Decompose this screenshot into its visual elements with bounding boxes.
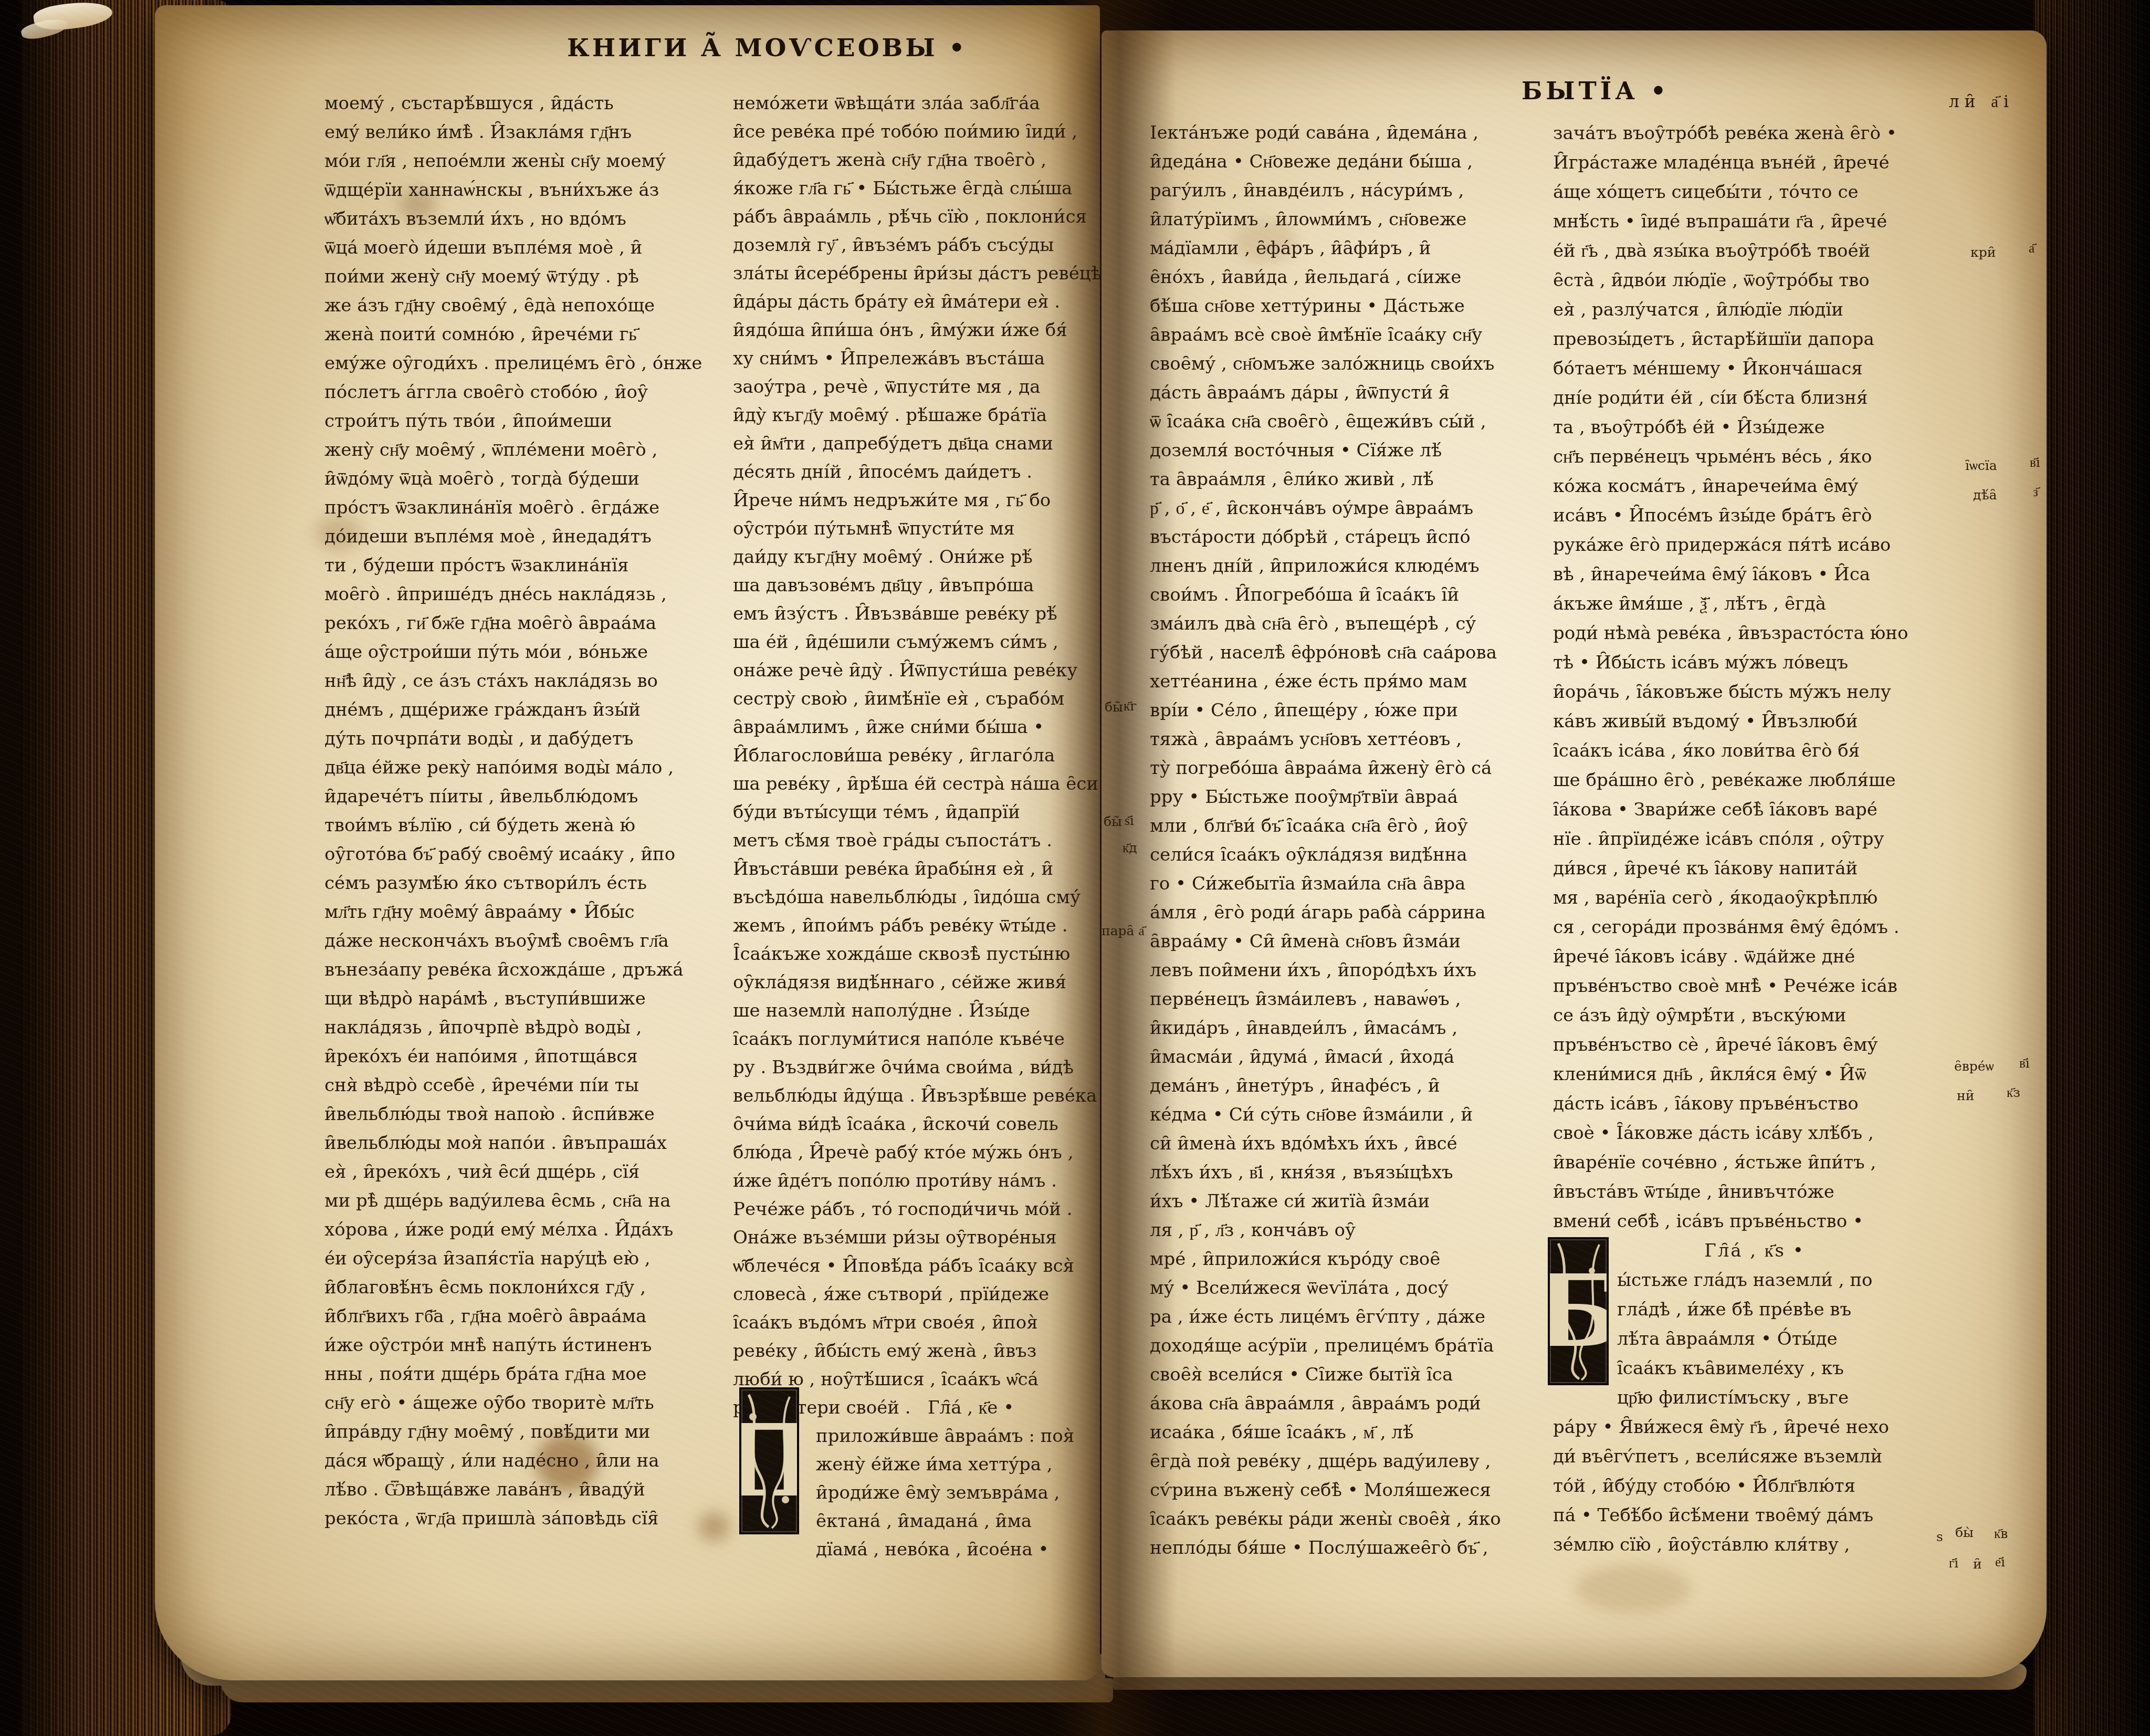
margin-note: в҃і bbox=[2030, 455, 2040, 470]
margin-note: бы̃ bbox=[1104, 814, 1122, 829]
text-line: да́сть іса́въ , і̑а́кову пръве́нъство bbox=[1553, 1089, 1956, 1118]
text-line: даи́ду къгд҃ну мое̑му́ . Они́же рѣ́ bbox=[733, 543, 1131, 571]
text-line: заоу́тра , речѐ , ѿпусти́те мя , да bbox=[733, 373, 1131, 401]
text-line: мли , блг҃ви́ бъ҃ і̑саа́ка сн҃а е̑го̀ , … bbox=[1150, 812, 1548, 841]
text-line: немо́жети ѿвѣща́ти зла́а забл҃га́а bbox=[733, 89, 1131, 118]
text-line: гла́дѣ , и́же бѣ̀ пре́вѣе въ bbox=[1553, 1295, 1956, 1324]
text-line: и̑рече́ і̑а́ковъ іса́ву . ѿда́йже дне́ bbox=[1553, 942, 1956, 971]
paper-stain bbox=[1575, 1565, 1691, 1612]
drop-cap-letter: Б bbox=[1548, 1261, 1609, 1361]
text-line: ту̀ погребо́ша а̑враа́ма и̑жену̀ е̑го̀ с… bbox=[1150, 754, 1548, 783]
drop-cap-initial-b: Б bbox=[1548, 1237, 1609, 1385]
text-line: она́же речѐ и̑ду̀ . И̑ѿпусти́ша реве́ку bbox=[733, 656, 1131, 685]
text-line: же а́зъ гд҃ну свое̑му́ , е̑да̀ непохо́ще bbox=[324, 291, 722, 320]
text-line: жену̀ сн҃у мое̑му́ , ѿпле́мени мое̑го̀ , bbox=[324, 436, 722, 465]
text-line: хо́рова , и́же роди́ ему́ ме́лха . И̑да́… bbox=[324, 1216, 722, 1245]
margin-note: ни̑ bbox=[1957, 1088, 1974, 1103]
text-column-left-2: немо́жети ѿвѣща́ти зла́а забл҃га́аи̑се р… bbox=[733, 89, 1131, 1539]
text-line: ему́же оу̑годи́хъ . прелице́мъ е̑го̀ , о… bbox=[324, 349, 722, 378]
text-line: се а́зъ и̑ду̀ оу̑мрѣ́ти , въску́юми bbox=[1553, 1001, 1956, 1030]
text-line: нн҃ѣ и̑ду̀ , се а́зъ ста́хъ накла́дязь в… bbox=[324, 667, 722, 696]
photo-of-open-book: КНИГИ А̃ МОѴСЕОВЫ • БЫТЇА • ли̑ а҃і моем… bbox=[0, 0, 2150, 1736]
text-line: ру . Въздви́гже о̑чи́ма свои́ма , ви́дѣ bbox=[733, 1053, 1131, 1082]
text-line: ке́дма • Си́ су́ть сн҃ове и̑зма́или , и̑ bbox=[1150, 1101, 1548, 1130]
text-line: я́коже гл҃а гь҃ • Бы́стьже е̑гда̀ слы́ша bbox=[733, 174, 1131, 203]
margin-note: дѣ́а̑ bbox=[1973, 487, 1997, 503]
text-line: роди́ нѣма̀ реве́ка , и̑възрасто́ста ю́н… bbox=[1553, 619, 1956, 648]
text-line: И̑рече ни́мъ недръжи́те мя , гь҃ бо bbox=[733, 486, 1131, 515]
text-line: оу̑кла́дязя видѣ́ннаго , се́йже живя́ bbox=[733, 968, 1131, 997]
page-edges-right bbox=[2033, 0, 2150, 1736]
margin-note: ѕ҃і bbox=[1125, 813, 1134, 829]
text-column-left-1: моему́ , състарѣ́вшуся , и̑да́стьему́ ве… bbox=[324, 89, 722, 1539]
text-line: та а̑враа́мля , е̑ли́ко живѝ , лѣ́ bbox=[1150, 465, 1548, 494]
folio-number: ли̑ а҃і bbox=[1949, 92, 2014, 111]
margin-note: бы̀ bbox=[1955, 1525, 1974, 1540]
text-line: мнѣ́сть • і̑иде́ въпраша́ти г҃а , и̑рече… bbox=[1553, 207, 1956, 236]
margin-note: е̑вре́ѡ bbox=[1954, 1059, 1994, 1074]
under-page-edge bbox=[221, 1678, 1113, 1702]
margin-note: к҃з bbox=[2007, 1085, 2020, 1101]
text-line: доземля́ восто́чныя • Сїя́же лѣ́ bbox=[1150, 436, 1548, 465]
text-line: дне́мъ , дще́риже гра́жданъ и̑зы́й bbox=[324, 696, 722, 725]
text-line: строи́тъ пу́ть тво́и , и̑пои́меши bbox=[324, 407, 722, 436]
margin-note: к҃г bbox=[1124, 698, 1137, 714]
text-line: го • Си́жебытїа и̑змаи́ла сн҃а а̑вра bbox=[1150, 870, 1548, 898]
drop-cap-initial-p: П bbox=[739, 1387, 799, 1534]
text-line: оу̑стро́и пу́тьмнѣ̀ ѿпусти́те мя bbox=[733, 515, 1131, 543]
text-line: до́идеши въпле́мя моѐ , и̑недадя́тъ bbox=[324, 522, 722, 551]
running-head-right: БЫТЇА • bbox=[1522, 77, 1670, 105]
text-line: и̑да́ры да́сть бра́ту ея̀ и̑ма́тери ея̀ … bbox=[733, 288, 1131, 316]
text-line: лненъ дні́й , и̑приложи́ся клюде́мъ bbox=[1150, 552, 1548, 581]
text-line: щи вѣдро̀ нара́мѣ , въступи́вшиже bbox=[324, 985, 722, 1013]
text-line: а́мля , е̑го̀ роди́ а́гарь раба̀ са́ррин… bbox=[1150, 898, 1548, 927]
text-line: и̑варе́нїе соче́вно , я́стьже и̑пи́тъ , bbox=[1553, 1148, 1956, 1177]
text-line: и́хъ • Лѣ́таже си́ житїа̀ и̑зма́и bbox=[1150, 1187, 1548, 1216]
text-line: и̑пра́вду гд҃ну мое̑му́ , повѣ́дити ми bbox=[324, 1418, 722, 1447]
text-line: ся , сегора́ди прозва́нмя е̑му́ е̑до́мъ … bbox=[1553, 913, 1956, 942]
text-line: мо́и гл҃я , непое́мли жены̀ сн҃у моему́ bbox=[324, 147, 722, 176]
text-line: и̑въста́въ ѿты́де , и̑нивъчто́же bbox=[1553, 1177, 1956, 1207]
text-line: ти , бу́деши про́стъ ѿзаклина́нїя bbox=[324, 551, 722, 580]
text-line: и̑деда́на • Сн҃овеже деда́ни бы́ша , bbox=[1150, 148, 1548, 176]
text-line: ея̀ , и̑реко́хъ , чия̀ е̑си́ дще́рь , сї… bbox=[324, 1158, 722, 1187]
text-line: въста́рости до́брѣй , ста́рецъ и̑спо́ bbox=[1150, 523, 1548, 552]
text-line: и̑блг҃вихъ гб҃а , гд҃на мое̑го̀ а̑враа́м… bbox=[324, 1302, 722, 1331]
text-line: е̑ста̀ , и̑дво́и лю́дїе , ѿоу̑тро́бы тво bbox=[1553, 266, 1956, 295]
text-line: накла́дязь , и̑почрпѐ вѣдро̀ воды̀ , bbox=[324, 1013, 722, 1042]
text-line: доходя́ще асу́рїи , прелице́мъ бра́тїа bbox=[1150, 1332, 1548, 1361]
text-line: вънеза́апу реве́ка и̑схожда́ше , дръжа́ bbox=[324, 956, 722, 985]
text-line: а́ще хо́щетъ сицебы́ти , то́что се bbox=[1553, 177, 1956, 207]
text-line: дні́е роди́ти е́й , сі́и бѣ́ста близня́ bbox=[1553, 383, 1956, 413]
text-line: І̑саа́къже хожда́ше сквозѣ̀ пусты́ню bbox=[733, 940, 1131, 968]
text-line: і̑саа́къ къа̑вимеле́ху , къ bbox=[1553, 1354, 1956, 1383]
text-line: ху сни́мъ • И̑прележа́въ въста́ша bbox=[733, 344, 1131, 373]
text-line: рру • Бы́стьже пооу̑мр҃твїи а̑враа́ bbox=[1150, 783, 1548, 812]
text-line: Гл̑а́ , к҃ѕ • bbox=[1553, 1236, 1956, 1266]
text-line: і̑саа́къ поглуми́тися напо́ле къве́че bbox=[733, 1025, 1131, 1053]
text-line: ея̀ , разлу́чатся , и̑лю́дїе лю́дїи bbox=[1553, 295, 1956, 325]
margin-note: пара̑ а҃ bbox=[1102, 923, 1145, 939]
text-line: непло́ды бя́ше • Послу́шажее̑го̀ бъ҃ , bbox=[1150, 1534, 1548, 1563]
text-line: реко́хъ , ги҃ бж҃е гд҃на мое̑го̀ а̑враа́… bbox=[324, 609, 722, 638]
text-line: р҃ , о҃ , е҃ , и̑сконча́въ оу́мре а̑враа… bbox=[1150, 494, 1548, 523]
text-line: ѿца́ моего̀ и́деши въпле́мя моѐ , и̑ bbox=[324, 234, 722, 263]
text-line: твои́мъ въ́лїю , си́ бу́деть жена̀ ю́ bbox=[324, 811, 722, 840]
text-line: а̑враа́млимъ , и̑же сни́ми бы́ша • bbox=[733, 713, 1131, 741]
text-line: ду́ть почрпа́ти воды̀ , и дабу́детъ bbox=[324, 725, 722, 754]
text-line: врі́и • Се́ло , и̑пеще́ру , ю́же при bbox=[1150, 696, 1548, 725]
text-line: дв҃ца е́йже реку̀ напо́имя воды̀ ма́ло , bbox=[324, 754, 722, 782]
text-line: ша е́й , и̑де́шили съму́жемъ си́мъ , bbox=[733, 628, 1131, 656]
text-line: ра́бъ а̑враа́мль , рѣ́чь сїю̀ , поклони́… bbox=[733, 203, 1131, 231]
text-line: сн҃ъ перве́нецъ чрьме́нъ ве́сь , я́ко bbox=[1553, 442, 1956, 472]
text-line: і̑а́кова • Звари́же себѣ̀ і̑а́ковъ варе́ bbox=[1553, 795, 1956, 824]
text-line: и̑дарече́тъ пі́иты , и̑вельблю́домъ bbox=[324, 782, 722, 811]
text-line: левъ пои̑мени и́хъ , и̑поро́дѣхъ и́хъ bbox=[1150, 956, 1548, 985]
text-line: нїе . и̑прїиде́же іса́въ спо́ля , оу̑тру bbox=[1553, 824, 1956, 854]
text-line: ра́ру • Я̑ви́жеся е̑му̀ г҃ь , и̑рече́ не… bbox=[1553, 1413, 1956, 1442]
text-line: ша давъзове́мъ дв҃цу , и̑въпро́ша bbox=[733, 571, 1131, 600]
text-line: ша реве́ку , и̑рѣ́ша е́й сестра̀ на́ша е… bbox=[733, 770, 1131, 798]
text-line: и̑реко́хъ е́и напо́имя , и̑потща́вся bbox=[324, 1042, 722, 1071]
text-line: і̑саа́къ реве́кы ра́ди жены̀ свое̑я̀ , я… bbox=[1150, 1505, 1548, 1534]
text-line: а̑враа́му • Си̑ и̑мена̀ сн҃овъ и̑зма́и bbox=[1150, 927, 1548, 956]
text-line: исаа́ка , бя́ше і̑саа́къ , м҃ , лѣ́ bbox=[1150, 1418, 1548, 1447]
text-line: ѿдще́рїи ханнаѡ́нскы , въни́хъже а́з bbox=[324, 176, 722, 205]
text-line: ѡ̑блече́ся • И̑повѣ́да ра́бъ і̑саа́ку вс… bbox=[733, 1252, 1131, 1280]
text-line: е̑гда̀ поя̀ реве́ку , дще́рь ваду́илеву … bbox=[1150, 1447, 1548, 1476]
margin-note: и̑ bbox=[1973, 1556, 1982, 1572]
text-line: да́ся ѡ̑бращу̀ , и́ли наде́сно , и̑ли на bbox=[324, 1447, 722, 1476]
margin-note: бы̃ bbox=[1105, 699, 1123, 715]
text-line: и̑ядо́ша и̑пи́ша о́нъ , и̑му́жи и́же бя́ bbox=[733, 316, 1131, 344]
margin-note: кри̑ bbox=[1970, 245, 1996, 260]
margin-note: в҃і bbox=[2019, 1055, 2030, 1071]
text-line: де́сять дні́й , и̑посе́мъ даи́детъ . bbox=[733, 458, 1131, 486]
text-line: сн҃у его̀ • а́щеже оу̑бо творитѐ мл҃ть bbox=[324, 1389, 722, 1418]
text-line: И̑въста́вши реве́ка и̑рабы́ня ея̀ , и̑ bbox=[733, 855, 1131, 883]
text-line: И̑благослови́ша реве́ку , и̑глаго́ла bbox=[733, 741, 1131, 770]
text-line: ра , и́же е́сть лице́мъ е̑гѵ́пту , да́же bbox=[1150, 1303, 1548, 1332]
text-line: ы́стьже гла́дъ наземли́ , по bbox=[1553, 1266, 1956, 1295]
text-line: мл҃ть гд҃ну мое̑му́ а̑враа́му • И̑бы́с bbox=[324, 898, 722, 927]
text-line: реко́ста , ѿгд҃а пришла̀ за́повѣдь сїя̑ bbox=[324, 1504, 722, 1533]
text-line: и̑се реве́ка пре́ тобо́ю пои́мию і̑иди́ … bbox=[733, 118, 1131, 146]
text-line: лѣ́хъ и́хъ , в҃і , кня́зя , въязы́цѣхъ bbox=[1150, 1158, 1548, 1187]
text-line: ея̀ и̑м҃ти , дапребу́детъ дв҃ца снами bbox=[733, 430, 1131, 458]
text-line: и̑вельблю́ды твоя̀ напою̀ . и̑спи́вже bbox=[324, 1100, 722, 1129]
text-line: и̑ѿдо́му ѿца̀ мое̑го̀ , тогда̀ бу́деши bbox=[324, 465, 722, 494]
text-line: цр҃ю филисті́мъску , въге bbox=[1553, 1383, 1956, 1413]
text-line: пръве́нъство сѐ , и̑рече́ і̑а́ковъ е̑му́ bbox=[1553, 1030, 1956, 1060]
text-line: а́ще оу̑строи́ши пу́ть мо́и , во́ньже bbox=[324, 638, 722, 667]
text-line: вмени́ себѣ̀ , іса́въ пръве́ньство • bbox=[1553, 1207, 1956, 1236]
text-line: и́же и̑де́тъ попо́лю проти́ву на́мъ . bbox=[733, 1167, 1131, 1195]
text-line: и̑дабу́детъ жена̀ сн҃у гд҃на твое̑го̀ , bbox=[733, 146, 1131, 174]
text-line: мое̑го̀ . и̑прише́дъ дне́сь накла́дязь , bbox=[324, 580, 722, 609]
text-line: і̑саа́къ іса́ва , я́ко лови́тва е̑го̀ бя… bbox=[1553, 736, 1956, 766]
text-line: свои́мъ . И̑погребо́ша и̑ і̑саа́къ і̑и̑ bbox=[1150, 581, 1548, 610]
text-line: гу́бѣй , населѣ̀ е̑фро́новѣ сн҃а саа́ров… bbox=[1150, 639, 1548, 667]
text-line: тѣ • И̑бы́сть іса́въ му́жъ ло́вецъ bbox=[1553, 648, 1956, 677]
text-line: дема́нъ , и̑нету́ръ , и̑нафе́съ , и̑ bbox=[1150, 1072, 1548, 1101]
text-line: и̑благовѣ́нъ е̑смь поклони́хся гд҃у , bbox=[324, 1273, 722, 1302]
text-line: ди́вся , и̑рече́ къ і̑а́кову напита́й bbox=[1553, 854, 1956, 883]
margin-note: е҃і bbox=[1995, 1554, 2005, 1570]
text-line: бу́ди въты́сущи те́мъ , и̑дапрїи́ bbox=[733, 798, 1131, 827]
text-line: свое̑я̀ всели́ся • Сі̑иже бытїя̀ і̑са bbox=[1150, 1361, 1548, 1389]
text-line: е́и оу̑серя́за и̑запя́стїа нару́цѣ ею̀ , bbox=[324, 1245, 722, 1273]
text-line: доземля̀ гу҃ , и̑възе́мъ ра́бъ съсу́ды bbox=[733, 231, 1131, 259]
text-line: мя , варе́нїа сего̀ , я́кодаоу̑крѣплю́ bbox=[1553, 883, 1956, 913]
text-line: по́слетъ а́ггла свое̑го̀ стобо́ю , и̑оу̑ bbox=[324, 378, 722, 407]
text-line: вѣ , и̑наречеи́ма е̑му́ і̑а́ковъ • И̑са bbox=[1553, 560, 1956, 589]
margin-note: і̑ѡсїа bbox=[1965, 458, 1997, 474]
text-line: ко́жа косма́тъ , и̑наречеи́ма е̑му́ bbox=[1553, 472, 1956, 501]
text-line: ѿ і̑саа́ка сн҃а свое̑го̀ , е̑щежи́въ сы́… bbox=[1150, 407, 1548, 436]
text-line: рука́же е̑го̀ придержа́ся пя́тѣ иса́во bbox=[1553, 530, 1956, 560]
margin-note: ѕ bbox=[1936, 1529, 1943, 1544]
text-line: сели́ся і̑саа́къ оу̑кла́дязя видѣ́нна bbox=[1150, 841, 1548, 870]
text-line: ди́ въе̑гѵ́петъ , всели́сяже въземлѝ bbox=[1553, 1442, 1956, 1471]
text-line: лѣ́во . Ѿвѣща́вже лава́нъ , и̑ваду́й bbox=[324, 1476, 722, 1504]
text-line: та , въоу̑тро́бѣ е́й • И̑зы́деже bbox=[1553, 413, 1956, 442]
text-line: ѡ̑бита́хъ въземли́ и́хъ , но вдо́мъ bbox=[324, 205, 722, 234]
text-line: емъ и̑зу́стъ . И̑възва́вше реве́ку рѣ́ bbox=[733, 600, 1131, 628]
text-line: хетте́анина , е́же е́сть пря́мо мам bbox=[1150, 667, 1548, 696]
text-line: да́же несконча́хъ въоу̑мѣ̀ свое̑мъ гл҃а bbox=[324, 927, 722, 956]
margin-note: к҃в bbox=[1994, 1526, 2008, 1542]
text-line: зача́тъ въоу̑тро́бѣ реве́ка жена̀ е̑го̀ … bbox=[1553, 119, 1956, 148]
text-line: оу̑гото́ва бъ҃ рабу́ свое̑му́ исаа́ку , … bbox=[324, 840, 722, 869]
text-line: перве́нецъ и̑зма́илевъ , наваѡ́ѳъ , bbox=[1150, 985, 1548, 1014]
text-line: па́ • Тебѣ́бо и̑сѣ́мени твое̑му́ да́мъ bbox=[1553, 1501, 1956, 1530]
text-line: рагу́илъ , и̑навде́илъ , на́сури́мъ , bbox=[1150, 176, 1548, 205]
text-column-right-2: зача́тъ въоу̑тро́бѣ реве́ка жена̀ е̑го̀ … bbox=[1553, 119, 1956, 1565]
text-line: клени́мися дн҃ь , и̑кля́ся е̑му́ • И̑ѿ bbox=[1553, 1060, 1956, 1089]
text-line: то́й , и̑бу́ду стобо́ю • И̑блг҃влю́тя bbox=[1553, 1471, 1956, 1501]
text-line: ше наземлѝ наполу́дне . И̑зы́де bbox=[733, 997, 1131, 1025]
text-line: свое̑му́ , сн҃омъже зало́жниць свои́хъ bbox=[1150, 350, 1548, 379]
text-line: си̑ и̑мена̀ и́хъ вдо́мѣхъ и́хъ , и̑все́ bbox=[1150, 1130, 1548, 1158]
text-line: зла́ты и̑сере́брены и̑ри́зы да́стъ реве́… bbox=[733, 259, 1131, 288]
text-line: въсѣдо́ша навельблю́ды , і̑идо́ша сму́ bbox=[733, 883, 1131, 912]
text-line: ля , р҃ , л҃з , конча́въ оу̑ bbox=[1150, 1216, 1548, 1245]
text-line: ше бра́шно е̑го̀ , реве́каже любля́ше bbox=[1553, 766, 1956, 795]
text-line: мре́ , и̑приложи́ся къро́ду свое̑ bbox=[1150, 1245, 1548, 1274]
text-line: словеса̀ , я́же сътвори́ , прїи́деже bbox=[733, 1280, 1131, 1309]
text-line: блю́да , И̑речѐ рабу́ кто́е му́жь о́нъ , bbox=[733, 1138, 1131, 1167]
text-line: нны , поя́ти дще́рь бра́та гд҃на мое bbox=[324, 1360, 722, 1389]
text-line: и́же оу̑стро́и мнѣ̀ напу́ть и́стиненъ bbox=[324, 1331, 722, 1360]
text-line: Она́же възе́мши ри́зы оу̑творе́ныя bbox=[733, 1223, 1131, 1252]
text-line: Рече́же ра́бъ , то́ господи́чичь мо́й . bbox=[733, 1195, 1131, 1223]
text-line: сестру̀ свою̀ , и̑имѣ́нїе ея̀ , сърабо́м bbox=[733, 685, 1131, 713]
text-line: жемъ , и̑пои́мъ ра́бъ реве́ку ѿты́де . bbox=[733, 912, 1131, 940]
text-line: и̑масма́и , и̑дума́ , и̑маси́ , и̑хода́ bbox=[1150, 1043, 1548, 1072]
text-line: И̑гра́стаже младе́нца въне́й , и̑рече́ bbox=[1553, 148, 1956, 177]
text-line: о̑чи́ма ви́дѣ і̑саа́ка , и̑скочи́ совель bbox=[733, 1110, 1131, 1138]
text-line: лѣ́та а̑враа́мля • О́ты́де bbox=[1553, 1324, 1956, 1354]
text-line: и̑вельблю́ды моя̀ напо́и . и̑въпраша́х bbox=[324, 1129, 722, 1158]
text-line: Іекта́нъже роди́ сава́на , и̑дема́на , bbox=[1150, 119, 1548, 148]
text-line: ми рѣ̀ дще́рь ваду́илева е̑смь , сн҃а на bbox=[324, 1187, 722, 1216]
text-line: превозы́детъ , и̑старѣ́йшїи дапора bbox=[1553, 325, 1956, 354]
text-line: е́й г҃ь , два̀ язы́ка въоу̑тро́бѣ твое́й bbox=[1553, 236, 1956, 266]
text-line: и̑лату́рїимъ , и̑лоѡми́мъ , сн҃овеже bbox=[1150, 205, 1548, 234]
text-line: му́ • Всели́жеся ѿеѵїла́та , досу́ bbox=[1150, 1274, 1548, 1303]
margin-note: г҃і bbox=[1949, 1555, 1958, 1571]
text-line: се́мъ разумѣ́ю я́ко сътвори́лъ е́сть bbox=[324, 869, 722, 898]
running-head-left: КНИГИ А̃ МОѴСЕОВЫ • bbox=[567, 34, 882, 62]
text-line: да́сть а̑враа́мъ да́ры , и̑ѿпусти́ я̑ bbox=[1150, 379, 1548, 407]
text-line: дїама́ , нево́ка , и̑сое́на • bbox=[733, 1535, 1131, 1564]
text-line: своѐ • І̑а́ковже да́сть іса́ву хлѣ́бъ , bbox=[1553, 1118, 1956, 1148]
text-line: и̑ду̀ къгд҃у мое̑му́ . рѣ́шаже бра́тїа bbox=[733, 401, 1131, 430]
text-line: пръве́нъство своѐ мнѣ̀ • Рече́же іса́в bbox=[1553, 971, 1956, 1001]
text-line: бо́таетъ ме́ншему • И̑конча́шася bbox=[1553, 354, 1956, 383]
text-line: иса́въ • И̑посе́мъ и̑зы́де бра́тъ е̑го̀ bbox=[1553, 501, 1956, 530]
text-line: зе́млю сїю̀ , и̑оу̑ста́влю кля́тву , bbox=[1553, 1530, 1956, 1560]
text-line: про́стъ ѿзаклина́нїя мое̑го̀ . е̑гда́же bbox=[324, 494, 722, 522]
text-line: а́кова сн҃а а̑враа́мля , а̑враа́мъ роди́ bbox=[1150, 1389, 1548, 1418]
text-line: вельблю́ды и̑ду́ща . И̑възрѣ́вше реве́ка bbox=[733, 1082, 1131, 1110]
text-line: реве́ку , и̑бы́сть ему́ жена̀ , и̑въз bbox=[733, 1337, 1131, 1365]
text-line: сня̀ вѣдро̀ ссебѐ , и̑рече́ми пі́и ты bbox=[324, 1071, 722, 1100]
text-line: сѵ́рина въжену̀ себѣ̀ • Моля́шежеся bbox=[1150, 1476, 1548, 1505]
margin-note: к҃д bbox=[1123, 840, 1137, 856]
text-line: а̑враа́мъ всѐ своѐ и̑мѣ́нїе і̑саа́ку сн҃… bbox=[1150, 321, 1548, 350]
text-line: ка́въ живы́й въдому́ • И̑възлюби́ bbox=[1553, 707, 1956, 736]
margin-note: з҃ bbox=[2033, 484, 2038, 500]
text-line: ма́дїамли , е̑фа́ръ , и̑а̑фи́ръ , и̑ bbox=[1150, 234, 1548, 263]
text-line: е̑но́хъ , и̑ави́да , и̑ельдага́ , сі́иже bbox=[1150, 263, 1548, 292]
text-line: жена̀ поити́ сомно́ю , и̑рече́ми гь҃ bbox=[324, 320, 722, 349]
text-line: ему́ вели́ко и́мѣ̀ . И̑закла́мя гд҃нъ bbox=[324, 118, 722, 147]
text-line: а́къже и̑мя́ше , ѯ҃ , лѣ́тъ , е̑гда̀ bbox=[1553, 589, 1956, 619]
text-line: зма́илъ два̀ сн҃а е̑го̀ , въпеще́рѣ , су… bbox=[1150, 610, 1548, 639]
text-line: і̑саа́къ въдо́мъ м҃три свое́я , и̑поя̀ bbox=[733, 1309, 1131, 1337]
drop-cap-letter: П bbox=[739, 1411, 799, 1511]
text-line: тяжа̀ , а̑враа́мъ усн҃овъ хетте́овъ , bbox=[1150, 725, 1548, 754]
text-line: пои́ми жену̀ сн҃у моему́ ѿту́ду . рѣ bbox=[324, 263, 722, 291]
text-line: метъ сѣ́мя твоѐ гра́ды съпоста́тъ . bbox=[733, 827, 1131, 855]
text-line: моему́ , състарѣ́вшуся , и̑да́сть bbox=[324, 89, 722, 118]
margin-note: а҃ bbox=[2029, 240, 2034, 256]
text-column-right-1: Іекта́нъже роди́ сава́на , и̑дема́на ,и̑… bbox=[1150, 119, 1548, 1568]
text-line: и̑ора́чь , і̑а́ковъже бы́сть му́жъ нелу bbox=[1553, 677, 1956, 707]
text-line: и̑кида́ръ , и̑навдеи́лъ , и̑маса́мъ , bbox=[1150, 1014, 1548, 1043]
text-line: бѣ́ша сн҃ове хетту́рины • Да́стьже bbox=[1150, 292, 1548, 321]
